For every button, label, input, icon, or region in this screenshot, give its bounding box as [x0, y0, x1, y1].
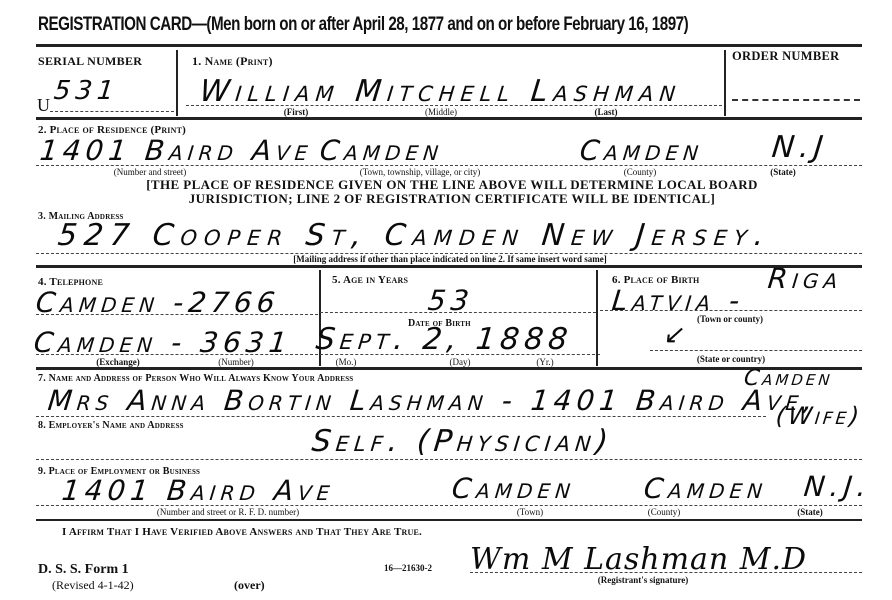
- form-revised: (Revised 4-1-42): [52, 578, 134, 593]
- serial-line: [50, 111, 174, 112]
- employment-street: 1401 Baird Ave: [60, 474, 336, 507]
- name-label: 1. Name (Print): [192, 54, 273, 69]
- name-value: William Mitchell Lashman: [198, 74, 683, 109]
- month-caption: (Mo.): [336, 357, 357, 367]
- top-rule: [36, 44, 862, 47]
- day-caption: (Day): [450, 357, 471, 367]
- residence-street: 1401 Baird Ave: [38, 134, 314, 167]
- telephone-line: [36, 314, 318, 315]
- birthplace-line: [650, 350, 862, 351]
- middle-caption: (Middle): [425, 107, 457, 117]
- street-caption: (Number and street): [114, 167, 186, 177]
- birthplace-country-caption: (State or country): [697, 354, 765, 364]
- rule: [36, 265, 862, 268]
- last-caption: (Last): [595, 107, 618, 117]
- employer-value: Self. (Physician): [310, 424, 614, 459]
- contact-label: 7. Name and Address of Person Who Will A…: [38, 373, 353, 384]
- residence-notice-line2: JURISDICTION; LINE 2 OF REGISTRATION CER…: [189, 191, 715, 207]
- age-label: 5. Age in Years: [332, 274, 408, 286]
- divider: [176, 50, 178, 116]
- employment-state-caption: (State): [797, 507, 823, 517]
- birthplace-country: Latvia -: [610, 284, 746, 317]
- contact-value: Mrs Anna Bortin Lashman - 1401 Baird Ave…: [46, 384, 819, 417]
- residence-line: [36, 165, 862, 166]
- rule: [36, 117, 862, 120]
- birthplace-line: [600, 310, 862, 311]
- serial-prefix: U: [37, 95, 50, 116]
- divider: [596, 270, 598, 366]
- contact-relation: (Wife): [775, 402, 864, 430]
- residence-town: Camden: [318, 134, 445, 167]
- town-caption: (Town, township, village, or city): [360, 167, 481, 177]
- affirmation-text: I Affirm That I Have Verified Above Answ…: [62, 526, 422, 538]
- employment-town: Camden: [450, 472, 577, 505]
- exchange-caption: (Exchange): [96, 357, 140, 367]
- employment-county-caption: (County): [648, 507, 681, 517]
- telephone-line: [36, 354, 318, 355]
- over-label: (over): [234, 578, 265, 593]
- contact-line: [36, 416, 766, 417]
- dob-value: Sept. 2, 1888: [314, 322, 574, 357]
- year-caption: (Yr.): [536, 357, 553, 367]
- divider: [724, 50, 726, 116]
- number-caption: (Number): [218, 357, 254, 367]
- birthplace-town: Riga: [766, 262, 844, 295]
- employer-line: [36, 459, 862, 460]
- name-line: [186, 105, 722, 106]
- signature-line: [470, 572, 862, 573]
- employment-county: Camden: [642, 472, 769, 505]
- employer-label: 8. Employer's Name and Address: [38, 420, 184, 431]
- age-line: [320, 312, 596, 313]
- serial-number-label: SERIAL NUMBER: [38, 54, 142, 69]
- serial-number-value: 531: [52, 76, 120, 106]
- mailing-address-value: 527 Cooper St, Camden New Jersey.: [56, 218, 772, 253]
- employment-street-caption: (Number and street or R. F. D. number): [157, 507, 299, 517]
- employment-town-caption: (Town): [517, 507, 543, 517]
- first-caption: (First): [284, 107, 309, 117]
- form-name: D. S. S. Form 1: [38, 562, 129, 578]
- birthplace-town-caption: (Town or county): [697, 314, 763, 324]
- order-number-label: ORDER NUMBER: [732, 49, 839, 64]
- rule: [36, 519, 862, 521]
- county-caption: (County): [624, 167, 657, 177]
- rule: [36, 367, 862, 370]
- dob-line: [320, 354, 600, 355]
- arrow-icon: ↙: [662, 320, 687, 350]
- residence-state: N.J: [770, 130, 830, 165]
- state-caption: (State): [770, 167, 796, 177]
- employment-state: N.J.: [802, 470, 872, 503]
- mailing-caption: [Mailing address if other than place ind…: [293, 254, 606, 264]
- employment-line: [36, 505, 862, 506]
- signature-caption: (Registrant's signature): [598, 575, 689, 585]
- card-title: REGISTRATION CARD—(Men born on or after …: [38, 14, 688, 36]
- order-number-field: [732, 99, 860, 101]
- residence-county: Camden: [578, 134, 705, 167]
- print-code: 16—21630-2: [384, 563, 432, 573]
